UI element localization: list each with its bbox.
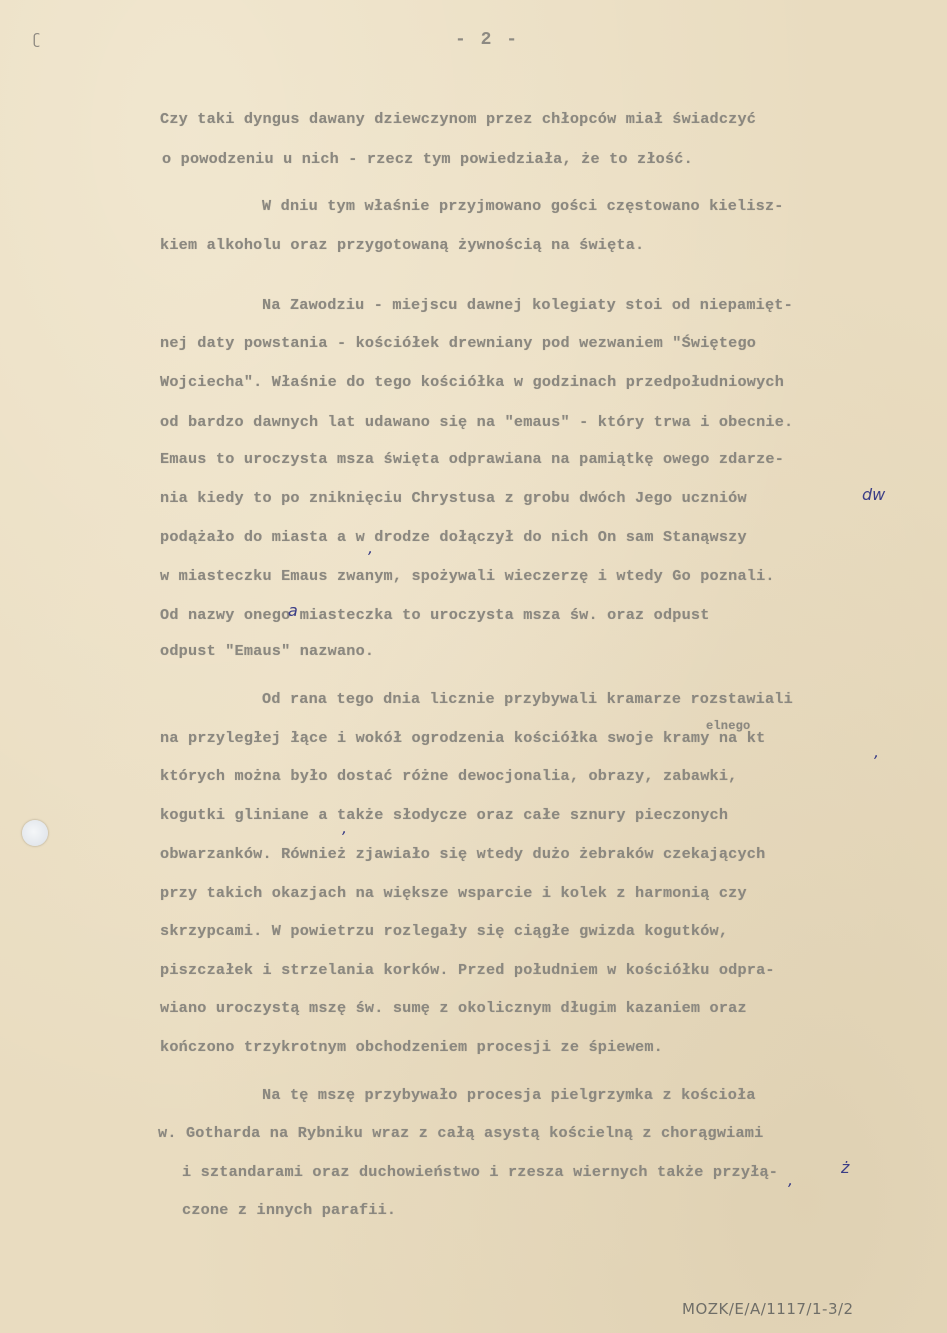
pencil-mark: ʗ <box>33 32 40 48</box>
page-number: - 2 - <box>455 30 519 50</box>
text-line: Od nazwy onego miasteczka to uroczysta m… <box>160 606 710 624</box>
archive-signature: MOZK/E/A/1117/1-3/2 <box>682 1300 854 1318</box>
text-line: obwarzanków. Również zjawiało się wtedy … <box>160 845 765 863</box>
text-line: o powodzeniu u nich - rzecz tym powiedzi… <box>162 150 693 168</box>
text-line: kogutki gliniane a także słodycze oraz c… <box>160 806 728 824</box>
text-line: w. Gotharda na Rybniku wraz z całą asyst… <box>158 1124 763 1142</box>
text-line: podążało do miasta a w drodze dołączył d… <box>160 528 747 546</box>
handwritten-correction-a: a <box>288 601 298 620</box>
text-line: przy takich okazjach na większe wsparcie… <box>160 884 747 902</box>
text-line: W dniu tym właśnie przyjmowano gości czę… <box>262 197 784 215</box>
text-line: nia kiedy to po zniknięciu Chrystusa z g… <box>160 489 747 507</box>
text-line: na przyległej łące i wokół ogrodzenia ko… <box>160 729 765 747</box>
text-line: w miasteczku Emaus zwanym, spożywali wie… <box>160 567 775 585</box>
handwritten-comma: , <box>874 742 879 761</box>
handwritten-correction-dw: dw <box>862 485 885 504</box>
text-line: od bardzo dawnych lat udawano się na "em… <box>160 413 793 431</box>
text-line: odpust "Emaus" nazwano. <box>160 642 374 660</box>
text-line: Wojciecha". Właśnie do tego kościółka w … <box>160 373 784 391</box>
typed-insertion-elnego: elnego <box>706 719 750 733</box>
text-line: i sztandarami oraz duchowieństwo i rzesz… <box>182 1163 778 1181</box>
hole-punch <box>22 820 48 846</box>
handwritten-comma: , <box>368 538 373 557</box>
text-line: czone z innych parafii. <box>182 1201 396 1219</box>
text-line: wiano uroczystą mszę św. sumę z okoliczn… <box>160 999 747 1017</box>
text-line: piszczałek i strzelania korków. Przed po… <box>160 961 775 979</box>
text-line: Na tę mszę przybywało procesja pielgrzym… <box>262 1086 756 1104</box>
text-line: Od rana tego dnia licznie przybywali kra… <box>262 690 793 708</box>
text-line: Czy taki dyngus dawany dziewczynom przez… <box>160 110 756 128</box>
text-line: nej daty powstania - kościółek drewniany… <box>160 334 756 352</box>
text-line: których można było dostać różne dewocjon… <box>160 767 737 785</box>
text-line: Na Zawodziu - miejscu dawnej kolegiaty s… <box>262 296 793 314</box>
text-line: skrzypcami. W powietrzu rozlegały się ci… <box>160 922 728 940</box>
text-line: kończono trzykrotnym obchodzeniem proces… <box>160 1038 663 1056</box>
handwritten-comma: , <box>342 818 347 837</box>
handwritten-correction-z: ż <box>841 1158 849 1177</box>
text-line: kiem alkoholu oraz przygotowaną żywności… <box>160 236 644 254</box>
text-line: Emaus to uroczysta msza święta odprawian… <box>160 450 784 468</box>
handwritten-comma: , <box>788 1170 793 1189</box>
